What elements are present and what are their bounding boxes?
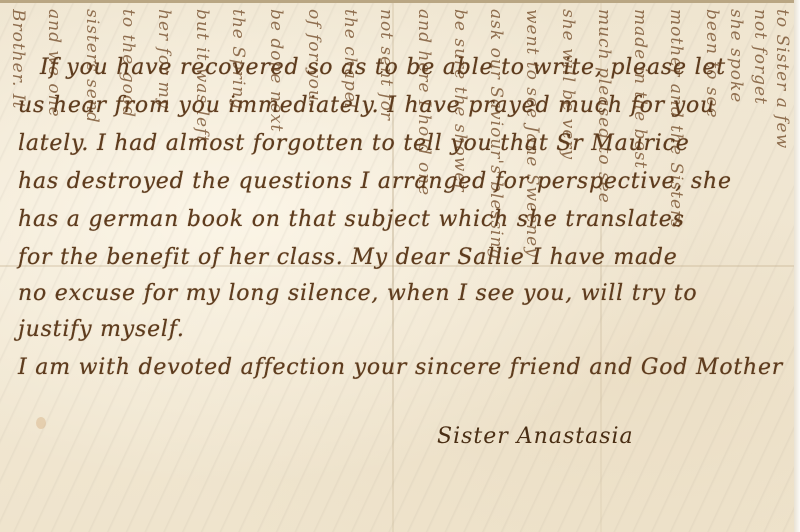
- letter-line: I am with devoted affection your sincere…: [18, 355, 783, 380]
- cross-writing-column: she spoke: [724, 9, 746, 529]
- letter-line: If you have recovered so as to be able t…: [40, 55, 726, 80]
- letter-page: Brother. It and we one sisters send to t…: [0, 0, 796, 532]
- letter-line: lately. I had almost forgotten to tell y…: [18, 131, 690, 156]
- signature: Sister Anastasia: [437, 424, 634, 449]
- cross-writing-column: been to see: [700, 9, 722, 529]
- cross-writing-column: not forget: [748, 9, 770, 529]
- letter-line: has a german book on that subject which …: [18, 207, 685, 232]
- letter-line: no excuse for my long silence, when I se…: [18, 281, 697, 306]
- cross-writing-column: to Sister a few: [770, 9, 792, 529]
- letter-line: has destroyed the questions I arranged f…: [18, 169, 732, 194]
- letter-line: for the benefit of her class. My dear Sa…: [18, 245, 678, 270]
- scan-edge: [794, 0, 800, 532]
- letter-line: justify myself.: [18, 317, 185, 342]
- letter-line: us hear from you immediately. I have pra…: [18, 93, 715, 118]
